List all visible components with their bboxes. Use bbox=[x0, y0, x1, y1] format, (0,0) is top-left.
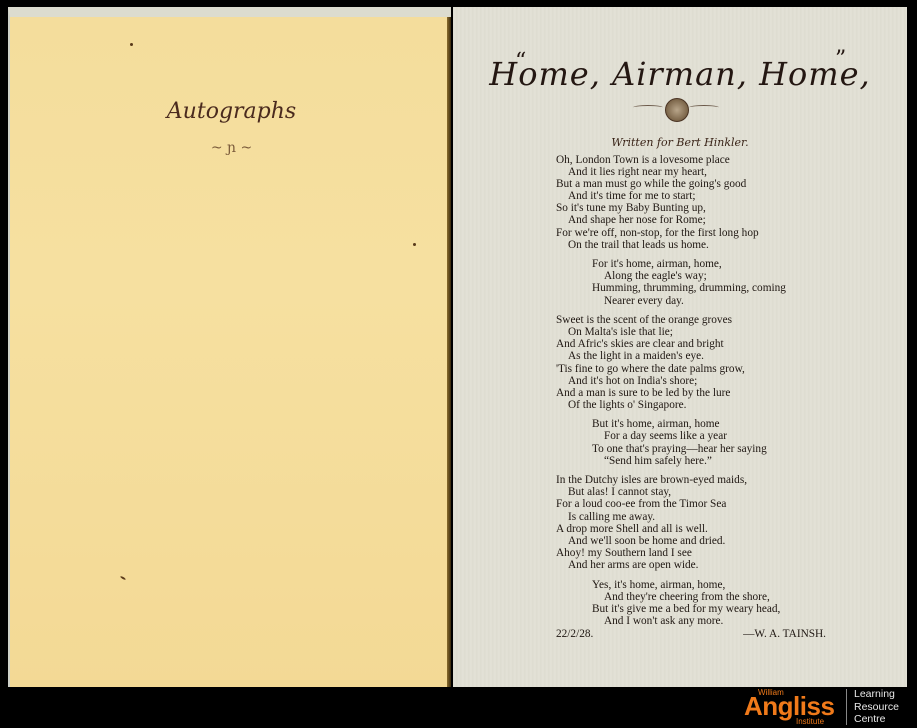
poem-line: And I won't ask any more. bbox=[592, 615, 786, 627]
emblem-right-swirl-icon bbox=[689, 105, 719, 110]
poem-line: To one that's praying—hear her saying bbox=[592, 443, 786, 455]
logo-lrc-line: Learning bbox=[854, 688, 899, 701]
poem-line: Along the eagle's way; bbox=[592, 270, 786, 282]
poem-line: And we'll soon be home and dried. bbox=[556, 535, 786, 547]
poem-line: Oh, London Town is a lovesome place bbox=[556, 154, 786, 166]
angliss-lrc-logo: William Angliss Institute Learning Resou… bbox=[744, 687, 917, 728]
chorus-1: For it's home, airman, home, Along the e… bbox=[556, 258, 786, 306]
stanza-2: Sweet is the scent of the orange groves … bbox=[556, 314, 786, 411]
poem-line: But alas! I cannot stay, bbox=[556, 486, 786, 498]
poem-line: A drop more Shell and all is well. bbox=[556, 523, 786, 535]
poem-line: Of the lights o' Singapore. bbox=[556, 399, 786, 411]
logo-lrc-line: Resource bbox=[854, 701, 899, 714]
poem-dedication: Written for Bert Hinkler. bbox=[453, 136, 907, 149]
poem-line: For a loud coo-ee from the Timor Sea bbox=[556, 498, 786, 510]
poem-line: And a man is sure to be led by the lure bbox=[556, 387, 786, 399]
poem-line: And they're cheering from the shore, bbox=[592, 591, 786, 603]
chorus-2: But it's home, airman, home For a day se… bbox=[556, 418, 786, 466]
logo-lrc-line: Centre bbox=[854, 713, 899, 726]
ornament-flourish-icon: ~ ɲ ~ bbox=[10, 140, 453, 156]
poem-line: In the Dutchy isles are brown-eyed maids… bbox=[556, 474, 786, 486]
autographs-heading: Autographs bbox=[10, 99, 453, 124]
logo-institute-text: Institute bbox=[796, 717, 824, 726]
poem-body: Oh, London Town is a lovesome place And … bbox=[556, 154, 786, 634]
logo-divider bbox=[846, 689, 847, 725]
poem-line: And it lies right near my heart, bbox=[556, 166, 786, 178]
poem-date: 22/2/28. bbox=[556, 628, 593, 640]
poem-line: And it's hot on India's shore; bbox=[556, 375, 786, 387]
poem-line: And Afric's skies are clear and bright bbox=[556, 338, 786, 350]
paper-speck bbox=[130, 43, 133, 46]
poem-line: But a man must go while the going's good bbox=[556, 178, 786, 190]
right-page-poem: “ Home, Airman, Home, ” Written for Bert… bbox=[453, 7, 907, 687]
paper-speck bbox=[120, 576, 126, 581]
poem-line: Is calling me away. bbox=[556, 511, 786, 523]
poem-line: 'Tis fine to go where the date palms gro… bbox=[556, 363, 786, 375]
airplane-medallion-icon bbox=[665, 98, 689, 122]
poem-line: On Malta's isle that lie; bbox=[556, 326, 786, 338]
poem-line: As the light in a maiden's eye. bbox=[556, 350, 786, 362]
logo-lrc-text: Learning Resource Centre bbox=[854, 688, 899, 726]
poem-line: And it's time for me to start; bbox=[556, 190, 786, 202]
poem-line: Yes, it's home, airman, home, bbox=[592, 579, 786, 591]
poem-line: Humming, thrumming, drumming, coming bbox=[592, 282, 786, 294]
poem-line: For we're off, non-stop, for the first l… bbox=[556, 227, 786, 239]
poem-line: Sweet is the scent of the orange groves bbox=[556, 314, 786, 326]
poem-line: On the trail that leads us home. bbox=[556, 239, 786, 251]
poem-author: —W. A. TAINSH. bbox=[743, 628, 826, 640]
title-close-quote: ” bbox=[835, 47, 846, 72]
booklet-spread: Autographs ~ ɲ ~ “ Home, Airman, Home, ”… bbox=[8, 7, 907, 687]
chorus-3: Yes, it's home, airman, home, And they'r… bbox=[556, 579, 786, 627]
poem-line: “Send him safely here.” bbox=[592, 455, 786, 467]
paper-speck bbox=[413, 243, 416, 246]
poem-line: But it's give me a bed for my weary head… bbox=[592, 603, 786, 615]
poem-line: And shape her nose for Rome; bbox=[556, 214, 786, 226]
poem-line: But it's home, airman, home bbox=[592, 418, 786, 430]
poem-line: Ahoy! my Southern land I see bbox=[556, 547, 786, 559]
poem-line: And her arms are open wide. bbox=[556, 559, 786, 571]
stanza-1: Oh, London Town is a lovesome place And … bbox=[556, 154, 786, 251]
poem-line: So it's tune my Baby Bunting up, bbox=[556, 202, 786, 214]
left-page-autographs: Autographs ~ ɲ ~ bbox=[8, 7, 451, 687]
emblem-left-swirl-icon bbox=[633, 105, 663, 110]
stanza-3: In the Dutchy isles are brown-eyed maids… bbox=[556, 474, 786, 571]
poem-line: For a day seems like a year bbox=[592, 430, 786, 442]
poem-line: For it's home, airman, home, bbox=[592, 258, 786, 270]
poem-line: Nearer every day. bbox=[592, 295, 786, 307]
